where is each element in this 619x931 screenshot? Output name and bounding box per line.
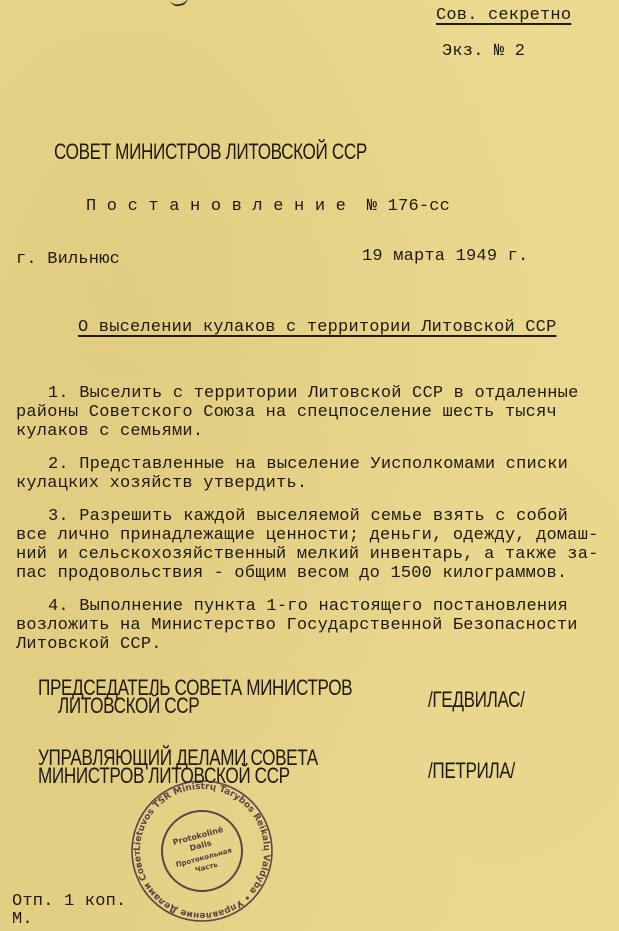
- paragraph-3-line-2: все лично принадлежащие ценности; деньги…: [16, 526, 599, 545]
- official-stamp: Lietuvos TSR Ministrų Tarybos Reikalų Va…: [118, 776, 286, 926]
- issuer-heading: СОВЕТ МИНИСТРОВ ЛИТОВСКОЙ ССР: [54, 142, 367, 161]
- paragraph-4-line-1: 4. Выполнение пункта 1-го настоящего пос…: [48, 597, 568, 616]
- paragraph-3-line-3: ний и сельскохозяйственный мелкий инвент…: [16, 545, 599, 564]
- typist-initial: М.: [12, 910, 33, 929]
- paragraph-1-line-1: 1. Выселить с территории Литовской ССР в…: [48, 384, 579, 403]
- signature-1-name: /ГЕДВИЛАС/: [428, 690, 525, 709]
- date: 19 марта 1949 г.: [362, 247, 528, 266]
- stamp-seal-icon: Lietuvos TSR Ministrų Tarybos Reikalų Va…: [118, 776, 286, 926]
- paragraph-2-line-2: кулацких хозяйств утвердить.: [16, 474, 307, 493]
- handwritten-mark: [169, 0, 189, 7]
- document-type-title: П о с т а н о в л е н и е № 176-сс: [86, 197, 450, 216]
- paragraph-1-line-3: кулаков с семьями.: [16, 422, 203, 441]
- copies-note: Отп. 1 коп.: [12, 892, 126, 911]
- paragraph-3-line-4: пас продовольствия - общим весом до 1500…: [16, 564, 567, 583]
- copy-number: Экз. № 2: [442, 42, 525, 61]
- paragraph-1-line-2: районы Советского Союза на спецпоселение…: [16, 403, 557, 422]
- subject-title: О выселении кулаков с территории Литовск…: [78, 318, 556, 337]
- paragraph-2-line-1: 2. Представленные на выселение Уисполком…: [48, 455, 568, 474]
- classification-label: Сов. секретно: [436, 6, 571, 25]
- paragraph-3-line-1: 3. Разрешить каждой выселяемой семье взя…: [48, 507, 568, 526]
- paragraph-4-line-3: Литовской ССР.: [16, 635, 162, 654]
- paragraph-4-line-2: возложить на Министерство Государственно…: [16, 616, 578, 635]
- signature-2-name: /ПЕТРИЛА/: [428, 761, 515, 780]
- place: г. Вильнюс: [16, 250, 120, 269]
- signature-1-title-line-2: ЛИТОВСКОЙ ССР: [58, 696, 199, 715]
